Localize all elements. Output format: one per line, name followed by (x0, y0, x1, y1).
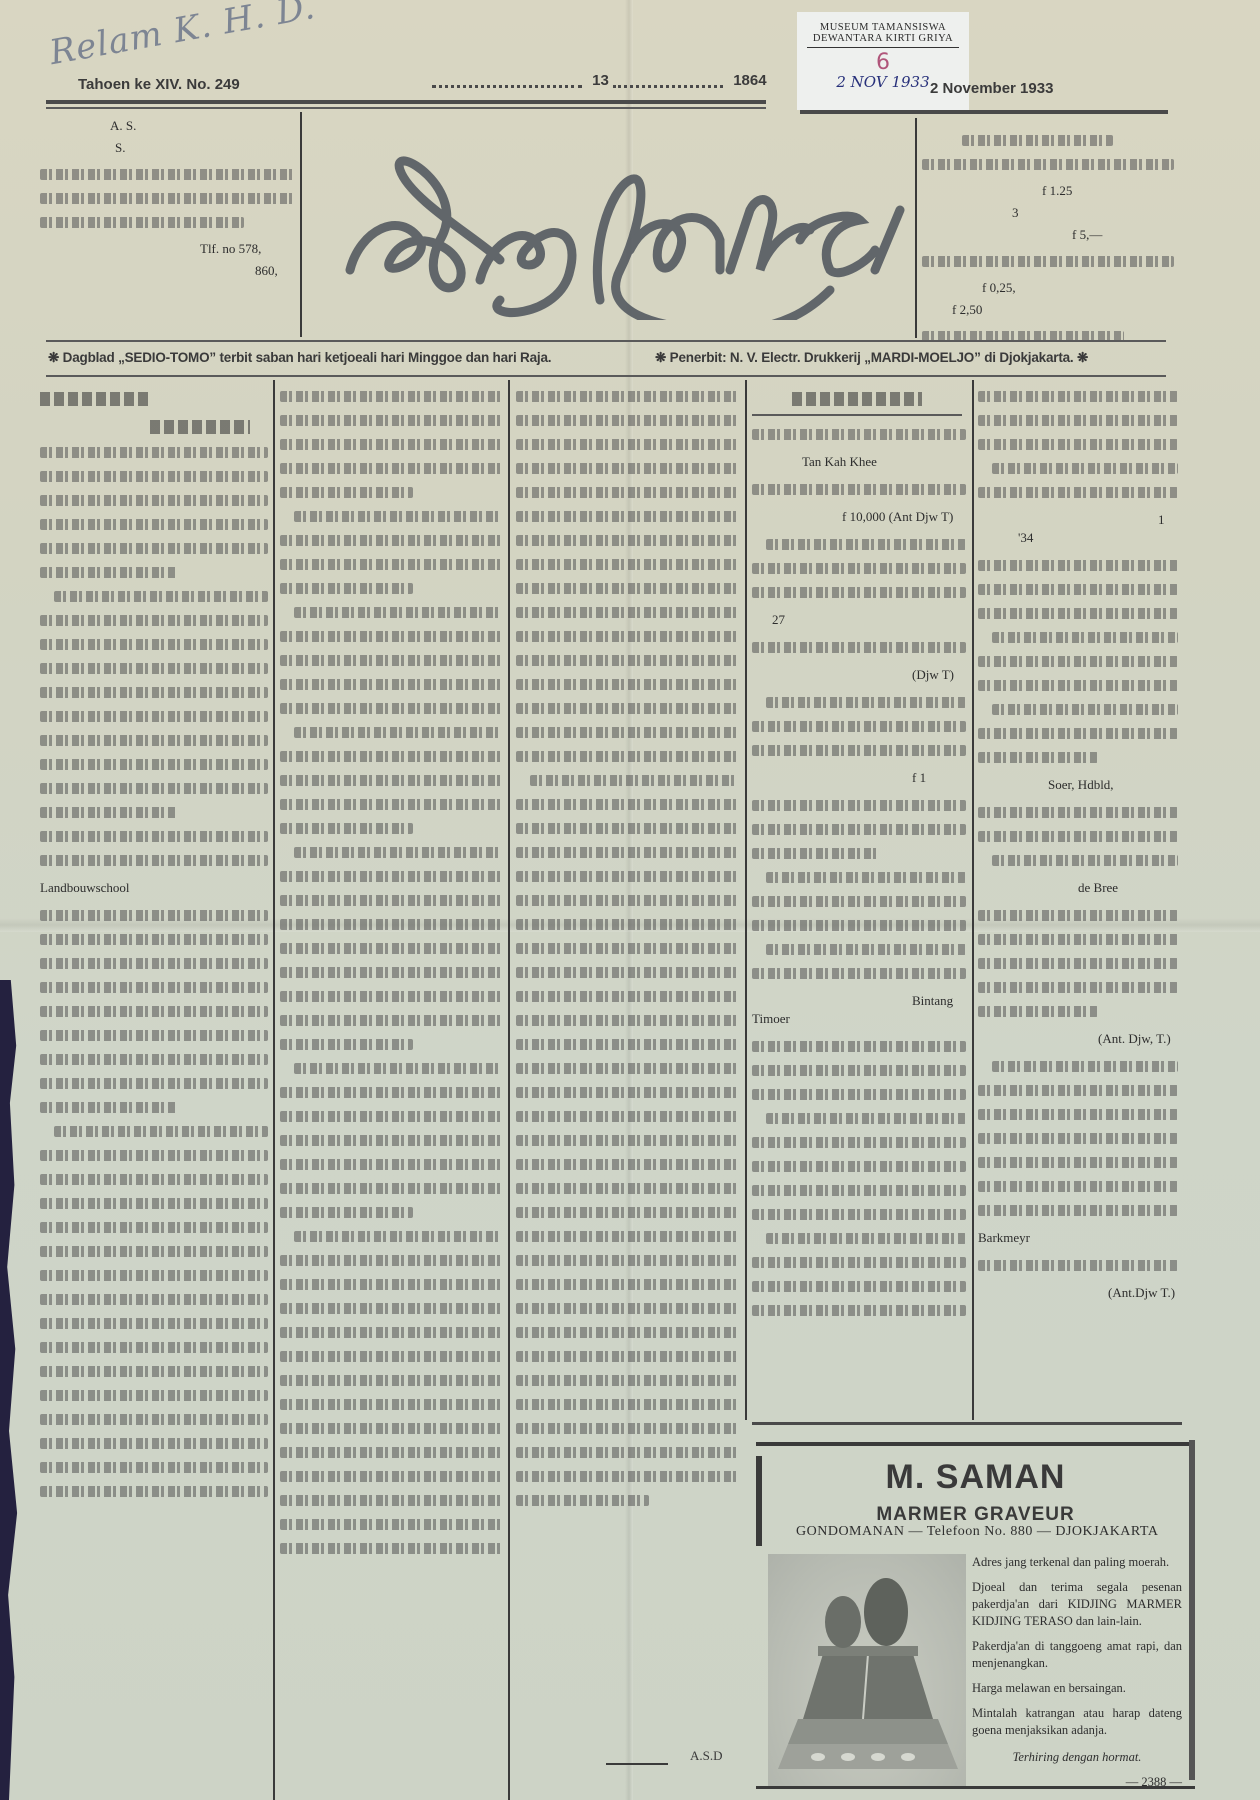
javanese-text-line (280, 895, 502, 906)
javanese-text-line (516, 871, 738, 882)
javanese-text-line (516, 823, 738, 834)
javanese-text-line (280, 1495, 502, 1506)
price-2: 3 (1012, 205, 1174, 221)
javanese-text-line (40, 1006, 268, 1017)
javanese-text-line (280, 1159, 502, 1170)
javanese-text-line (752, 896, 966, 907)
javanese-text-line (280, 679, 502, 690)
javanese-text-line (752, 1185, 966, 1196)
price-4: f 0,25, (982, 280, 1174, 296)
javanese-text-line (40, 1414, 268, 1425)
javanese-text-line (516, 535, 738, 546)
javanese-text-line (516, 703, 738, 714)
co-editor-initials: S. (115, 140, 295, 156)
javanese-text-line (516, 391, 738, 402)
inline-latin-source: (Ant. Djw, T.) (1098, 1031, 1171, 1046)
editorial-info: A. S. S. Tlf. no 578, 860, (40, 112, 295, 285)
javanese-text-line (978, 608, 1178, 619)
javanese-text-line (294, 607, 502, 618)
heading-rule (752, 414, 962, 416)
banner-left: ❋ Dagblad „SEDIO-TOMO” terbit saban hari… (48, 350, 551, 366)
javanese-text-line (516, 1255, 738, 1266)
javanese-text-line (992, 463, 1178, 474)
inline-latin-name: Tan Kah Khee (802, 454, 877, 469)
javanese-text-line (516, 1495, 649, 1506)
javanese-text-line (40, 982, 268, 993)
javanese-text-line (516, 1231, 738, 1242)
masthead-divider-left (300, 112, 302, 337)
javanese-text-line (978, 910, 1178, 921)
javanese-text-line (978, 728, 1178, 739)
javanese-text-line (516, 1015, 738, 1026)
javanese-text-line (516, 991, 738, 1002)
javanese-text-line (280, 583, 413, 594)
javanese-text-line (752, 824, 966, 835)
javanese-text-line (54, 1126, 268, 1137)
javanese-text-line (280, 871, 502, 882)
banner-rule-bottom (46, 375, 1166, 377)
javanese-text-line (978, 1133, 1178, 1144)
javanese-text-line (280, 991, 502, 1002)
article-subheading (150, 420, 250, 434)
ad-closing: Terhiring dengan hormat. (972, 1749, 1182, 1766)
javanese-heading (962, 135, 1113, 146)
javanese-text-line (516, 967, 738, 978)
javanese-text-line (516, 1327, 738, 1338)
javanese-text-line (40, 217, 244, 228)
javanese-text-line (516, 1279, 738, 1290)
javanese-text-line (40, 934, 268, 945)
javanese-text-line (752, 1281, 966, 1292)
javanese-text-line (280, 559, 502, 570)
javanese-text-line (40, 447, 268, 458)
javanese-text-line (280, 1471, 502, 1482)
javanese-text-line (280, 919, 502, 930)
javanese-text-line (280, 1207, 413, 1218)
javanese-text-line (978, 680, 1178, 691)
phone-number-2: 860, (255, 263, 295, 279)
tombstone-photo (768, 1554, 966, 1786)
javanese-text-line (516, 1207, 738, 1218)
javanese-text-line (40, 910, 268, 921)
inline-latin-number: 1 (1158, 512, 1165, 527)
javanese-text-line (992, 855, 1178, 866)
javanese-text-line (40, 1102, 177, 1113)
publisher-notice: Penerbit: N. V. Electr. Drukkerij „MARDI… (670, 350, 1074, 365)
javanese-text-line (516, 1471, 738, 1482)
ad-paragraph: Pakerdja'an di tanggoeng amat rapi, dan … (972, 1638, 1182, 1672)
javanese-text-line (294, 1231, 502, 1242)
javanese-text-line (40, 735, 268, 746)
column-divider (273, 380, 275, 1800)
javanese-text-line (294, 511, 502, 522)
javanese-text-line (280, 463, 502, 474)
price-1: f 1.25 (1042, 183, 1174, 199)
ornament-icon: ❋ (655, 350, 670, 365)
phone-number-1: Tlf. no 578, (200, 241, 295, 257)
javanese-text-line (516, 655, 738, 666)
javanese-text-line (922, 256, 1174, 267)
javanese-text-line (280, 967, 502, 978)
javanese-text-line (978, 656, 1178, 667)
javanese-text-line (280, 1087, 502, 1098)
javanese-text-line (40, 831, 268, 842)
javanese-text-line (752, 1257, 966, 1268)
javanese-text-line (516, 727, 738, 738)
javanese-text-line (978, 831, 1178, 842)
banner-right: ❋ Penerbit: N. V. Electr. Drukkerij „MAR… (655, 350, 1088, 366)
column-3 (516, 378, 738, 1519)
javanese-text-line (752, 968, 966, 979)
javanese-text-line (280, 703, 502, 714)
javanese-text-line (40, 807, 177, 818)
inline-latin-amount: f 10,000 (Ant Djw T) (842, 509, 953, 524)
inline-latin-source: (Djw T) (912, 667, 954, 682)
javanese-text-line (752, 745, 966, 756)
javanese-text-line (516, 1351, 738, 1362)
javanese-text-line (516, 919, 738, 930)
javanese-text-line (280, 775, 502, 786)
javanese-text-line (280, 1015, 502, 1026)
author-signature: A.S.D (690, 1748, 723, 1764)
javanese-text-line (752, 800, 966, 811)
javanese-text-line (978, 1260, 1178, 1271)
javanese-text-line (766, 944, 966, 955)
javanese-text-line (978, 391, 1178, 402)
javanese-text-line (40, 1030, 268, 1041)
javanese-year: 1864 (733, 72, 766, 89)
daily-notice: Dagblad „SEDIO-TOMO” terbit saban hari k… (63, 350, 552, 365)
javanese-text-line (978, 958, 1178, 969)
inline-latin-name: de Bree (1078, 880, 1118, 895)
javanese-text-line (280, 1399, 502, 1410)
javanese-text-line (752, 484, 966, 495)
javanese-text-line (766, 539, 966, 550)
javanese-text-line (516, 847, 738, 858)
javanese-text-line (516, 463, 738, 474)
javanese-text-line (992, 704, 1178, 715)
javanese-text-line (40, 759, 268, 770)
subscription-info: f 1.25 3 f 5,— f 0,25, f 2,50 (922, 122, 1174, 355)
inline-latin-source: (Ant.Djw T.) (1108, 1285, 1175, 1300)
javanese-text-line (40, 1390, 268, 1401)
javanese-text-line (294, 727, 502, 738)
javanese-text-line (978, 752, 1098, 763)
javanese-text-line (280, 1135, 502, 1146)
javanese-text-line (766, 697, 966, 708)
javanese-text-line (992, 632, 1178, 643)
javanese-script-date (432, 75, 582, 88)
javanese-text-line (922, 159, 1174, 170)
javanese-text-line (752, 1161, 966, 1172)
javanese-text-line (54, 591, 268, 602)
javanese-text-line (40, 615, 268, 626)
javanese-text-line (516, 559, 738, 570)
javanese-text-line (40, 519, 268, 530)
javanese-text-line (40, 1198, 268, 1209)
masthead-divider-right (915, 118, 917, 338)
column-divider (972, 380, 974, 1420)
javanese-text-line (40, 1486, 268, 1497)
javanese-text-line (516, 511, 738, 522)
javanese-text-line (978, 584, 1178, 595)
javanese-text-line (40, 1294, 268, 1305)
ad-top-rule (752, 1422, 1182, 1425)
gregorian-date: 2 November 1933 (930, 80, 1053, 97)
javanese-text-line (752, 1305, 966, 1316)
javanese-text-line (280, 439, 502, 450)
javanese-text-line (280, 943, 502, 954)
javanese-text-line (40, 958, 268, 969)
javanese-text-line (40, 1054, 268, 1065)
javanese-text-line (40, 855, 268, 866)
javanese-text-line (516, 1039, 738, 1050)
javanese-text-line (40, 543, 268, 554)
stamp-rule (807, 47, 959, 48)
news-section-heading (792, 392, 922, 406)
javanese-text-line (516, 415, 738, 426)
javanese-text-line (40, 1318, 268, 1329)
javanese-text-line (516, 1087, 738, 1098)
javanese-text-line (530, 775, 738, 786)
javanese-text-line (752, 1137, 966, 1148)
javanese-text-line (516, 1423, 738, 1434)
javanese-text-line (516, 1375, 738, 1386)
javanese-text-line (280, 1303, 502, 1314)
javanese-text-line (294, 847, 502, 858)
stamp-line-1: MUSEUM TAMANSISWA (797, 22, 969, 33)
javanese-text-line (280, 1039, 413, 1050)
ad-business-name: M. SAMAN (756, 1458, 1195, 1497)
javanese-text-line (978, 560, 1178, 571)
javanese-text-line (280, 1543, 502, 1554)
javanese-text-line (280, 1519, 502, 1530)
javanese-text-line (978, 1085, 1178, 1096)
javanese-text-line (40, 1246, 268, 1257)
javanese-text-line (40, 783, 268, 794)
price-3: f 5,— (1072, 227, 1174, 243)
javanese-text-line (280, 391, 502, 402)
javanese-day: 13 (592, 72, 609, 89)
javanese-text-line (516, 943, 738, 954)
inline-latin-newspaper: Bintang (912, 993, 953, 1008)
javanese-text-line (40, 1222, 268, 1233)
javanese-text-line (752, 721, 966, 732)
javanese-text-line (280, 655, 502, 666)
javanese-text-line (280, 799, 502, 810)
column-1: Landbouwschool (40, 378, 268, 1510)
header-rule (46, 100, 766, 104)
javanese-text-line (280, 1351, 502, 1362)
ad-paragraph: Adres jang terkenal dan paling moerah. (972, 1554, 1182, 1571)
article-heading (40, 392, 150, 406)
inline-latin-word: Landbouwschool (40, 880, 130, 895)
javanese-text-line (752, 848, 880, 859)
inline-latin-number: 27 (772, 612, 785, 627)
javanese-text-line (766, 1113, 966, 1124)
javanese-text-line (40, 193, 295, 204)
javanese-text-line (516, 583, 738, 594)
javanese-text-line (978, 1181, 1178, 1192)
javanese-text-line (40, 1462, 268, 1473)
javanese-text-line (752, 1209, 966, 1220)
javanese-script-month (613, 75, 723, 88)
inline-latin-year: '34 (1018, 530, 1033, 545)
javanese-text-line (978, 1205, 1178, 1216)
javanese-text-line (280, 1111, 502, 1122)
javanese-text-line (280, 1183, 502, 1194)
javanese-text-line (280, 415, 502, 426)
inline-latin-amount: f 1 (912, 770, 926, 785)
javanese-text-line (280, 631, 502, 642)
inline-latin-name: Barkmeyr (978, 1230, 1030, 1245)
javanese-text-line (294, 1063, 502, 1074)
javanese-text-line (516, 487, 738, 498)
javanese-text-line (516, 1399, 738, 1410)
javanese-text-line (516, 1063, 738, 1074)
javanese-text-line (516, 1447, 738, 1458)
javanese-text-line (766, 872, 966, 883)
masthead-calligraphy-logo (330, 130, 910, 320)
ad-business-type: MARMER GRAVEUR (756, 1504, 1195, 1526)
ornament-icon: ❋ (48, 350, 63, 365)
javanese-text-line (978, 1006, 1098, 1017)
javanese-text-line (766, 1233, 966, 1244)
javanese-text-line (516, 895, 738, 906)
javanese-text-line (280, 487, 413, 498)
javanese-text-line (280, 751, 502, 762)
javanese-text-line (516, 799, 738, 810)
javanese-text-line (516, 1135, 738, 1146)
javanese-text-line (752, 642, 966, 653)
javanese-text-line (40, 711, 268, 722)
javanese-text-line (40, 687, 268, 698)
javanese-text-line (280, 1327, 502, 1338)
javanese-text-line (40, 471, 268, 482)
javanese-text-line (516, 1303, 738, 1314)
javanese-text-line (516, 1111, 738, 1122)
header-rule-right (800, 110, 1168, 114)
javanese-text-line (752, 429, 966, 440)
advertisement-m-saman: M. SAMAN MARMER GRAVEUR GONDOMANAN — Tel… (756, 1436, 1201, 1791)
javanese-text-line (280, 1447, 502, 1458)
price-5: f 2,50 (952, 302, 1174, 318)
javanese-text-line (752, 1089, 966, 1100)
javanese-text-line (40, 495, 268, 506)
tombstone-image-icon (768, 1554, 966, 1786)
javanese-text-line (978, 439, 1178, 450)
javanese-text-line (280, 823, 413, 834)
javanese-text-line (516, 607, 738, 618)
ad-paragraph: Djoeal dan terima segala pesenan pakerdj… (972, 1579, 1182, 1630)
javanese-text-line (280, 1375, 502, 1386)
javanese-text-line (978, 1157, 1178, 1168)
javanese-text-line (40, 1438, 268, 1449)
ad-address: GONDOMANAN — Telefoon No. 880 — DJOKJAKA… (796, 1524, 1158, 1540)
javanese-text-line (516, 679, 738, 690)
inline-latin-source: Soer, Hdbld, (1048, 777, 1114, 792)
javanese-text-line (40, 1150, 268, 1161)
javanese-text-line (280, 1423, 502, 1434)
javanese-text-line (752, 920, 966, 931)
javanese-text-line (978, 807, 1178, 818)
javanese-text-line (40, 169, 295, 180)
javanese-text-line (40, 639, 268, 650)
javanese-text-line (516, 631, 738, 642)
javanese-text-line (978, 934, 1178, 945)
editor-initials: A. S. (110, 118, 295, 134)
javanese-text-line (752, 563, 966, 574)
javanese-text-line (516, 1183, 738, 1194)
column-4: Tan Kah Khee f 10,000 (Ant Djw T) 27 (Dj… (752, 378, 966, 1329)
javanese-text-line (280, 535, 502, 546)
column-divider (745, 380, 747, 1420)
javanese-text-line (978, 415, 1178, 426)
stamp-line-2: DEWANTARA KIRTI GRIYA (797, 33, 969, 44)
article-end-rule (606, 1763, 668, 1765)
stamp-number: 6 (797, 50, 969, 75)
javanese-text-line (280, 1255, 502, 1266)
ornament-icon: ❋ (1074, 350, 1089, 365)
javanese-text-line (978, 1109, 1178, 1120)
javanese-text-line (516, 439, 738, 450)
javanese-text-line (516, 1159, 738, 1170)
javanese-text-line (752, 587, 966, 598)
volume-number: Tahoen ke XIV. No. 249 (78, 76, 240, 93)
column-2 (280, 378, 502, 1567)
javanese-text-line (40, 567, 177, 578)
column-divider (508, 380, 510, 1800)
header-rule-thin (46, 107, 766, 109)
javanese-text-line (978, 487, 1178, 498)
ad-paragraph: Harga melawan en bersaingan. (972, 1680, 1182, 1697)
column-5: 1 '34 Soer, Hdbld, de Bree (Ant. Djw, T.… (978, 378, 1178, 1302)
javanese-text-line (40, 1270, 268, 1281)
javanese-text-line (40, 663, 268, 674)
javanese-text-line (752, 1065, 966, 1076)
javanese-text-line (40, 1174, 268, 1185)
ad-border-top (756, 1442, 1195, 1446)
ad-paragraph: Mintalah katrangan atau harap dateng goe… (972, 1705, 1182, 1739)
javanese-text-line (752, 1041, 966, 1052)
javanese-text-line (516, 751, 738, 762)
javanese-text-line (992, 1061, 1178, 1072)
javanese-text-line (40, 1078, 268, 1089)
banner-rule-top (46, 340, 1166, 342)
javanese-text-line (978, 982, 1178, 993)
javanese-text-line (280, 1279, 502, 1290)
inline-latin-newspaper: Timoer (752, 1011, 790, 1026)
ad-body: Adres jang terkenal dan paling moerah. D… (972, 1554, 1182, 1791)
javanese-date: 13 1864 (432, 72, 767, 89)
javanese-text-line (40, 1342, 268, 1353)
javanese-text-line (40, 1366, 268, 1377)
ad-code: — 2388 — (972, 1774, 1182, 1791)
